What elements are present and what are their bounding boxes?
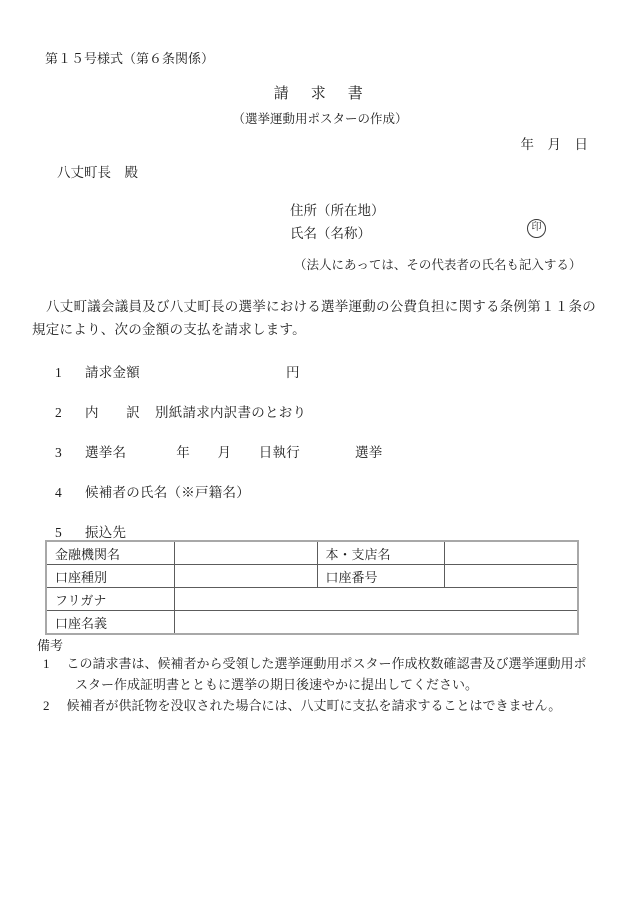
item-label: 候補者の氏名（※戸籍名）: [85, 485, 250, 500]
branch-name-label: 本・支店名: [317, 541, 444, 565]
account-type-value: [174, 565, 317, 588]
item-row-bank-transfer: 5振込先: [55, 521, 126, 541]
item-row-candidate-name: 4候補者の氏名（※戸籍名）: [55, 481, 250, 501]
account-number-value: [444, 565, 578, 588]
account-holder-value: [174, 611, 578, 635]
item-label: 請求金額: [85, 365, 140, 380]
account-type-label: 口座種別: [46, 565, 174, 588]
form-number: 第１５号様式（第６条関係）: [45, 48, 214, 67]
item-number: 1: [55, 365, 85, 381]
statement-paragraph: 八丈町議会議員及び八丈町長の選挙における選挙運動の公費負担に関する条例第１１条の…: [32, 296, 602, 341]
branch-name-value: [444, 541, 578, 565]
table-row: フリガナ: [46, 588, 578, 611]
corporate-note: （法人にあっては、その代表者の氏名も記入する）: [294, 255, 581, 273]
note-row: 1この請求書は、候補者から受領した選挙運動用ポスター作成枚数確認書及び選挙運動用…: [30, 653, 596, 695]
item-row-breakdown: 2内 訳別紙請求内訳書のとおり: [55, 401, 306, 421]
bank-account-table: 金融機関名 本・支店名 口座種別 口座番号 フリガナ 口座名義: [45, 540, 579, 635]
item-value: 円: [286, 365, 300, 380]
note-row: 2候補者が供託物を没収された場合には、八丈町に支払を請求することはできません。: [30, 695, 596, 716]
furigana-value: [174, 588, 578, 611]
furigana-label: フリガナ: [46, 588, 174, 611]
bank-name-value: [174, 541, 317, 565]
item-number: 4: [55, 485, 85, 501]
item-label: 選挙名: [85, 445, 126, 460]
item-value: 年 月 日執行 選挙: [176, 445, 382, 460]
date-line: 年 月 日: [521, 133, 589, 153]
remarks-notes: 1この請求書は、候補者から受領した選挙運動用ポスター作成枚数確認書及び選挙運動用…: [30, 653, 596, 716]
addressee: 八丈町長 殿: [57, 161, 138, 181]
seal-stamp-icon: 印: [527, 219, 546, 238]
document-subtitle: （選挙運動用ポスターの作成）: [10, 109, 630, 127]
address-label: 住所（所在地）: [290, 199, 385, 219]
note-text: この請求書は、候補者から受領した選挙運動用ポスター作成枚数確認書及び選挙運動用ポ…: [67, 656, 587, 692]
item-label: 振込先: [85, 525, 126, 540]
item-value: 別紙請求内訳書のとおり: [155, 405, 306, 420]
table-row: 金融機関名 本・支店名: [46, 541, 578, 565]
table-row: 口座種別 口座番号: [46, 565, 578, 588]
note-number: 2: [43, 698, 50, 713]
remarks-heading: 備考: [37, 635, 63, 654]
account-number-label: 口座番号: [317, 565, 444, 588]
note-number: 1: [43, 656, 50, 671]
item-number: 2: [55, 405, 85, 421]
document-title: 請 求 書: [10, 82, 630, 103]
name-label: 氏名（名称）: [290, 222, 371, 242]
item-row-amount: 1請求金額円: [55, 361, 300, 381]
item-number: 5: [55, 525, 85, 541]
bank-name-label: 金融機関名: [46, 541, 174, 565]
item-row-election-name: 3選挙名年 月 日執行 選挙: [55, 441, 383, 461]
table-row: 口座名義: [46, 611, 578, 635]
item-label: 内 訳: [85, 405, 140, 420]
invoice-form-page: 第１５号様式（第６条関係） 請 求 書 （選挙運動用ポスターの作成） 年 月 日…: [0, 0, 630, 903]
note-text: 候補者が供託物を没収された場合には、八丈町に支払を請求することはできません。: [67, 698, 562, 713]
account-holder-label: 口座名義: [46, 611, 174, 635]
item-number: 3: [55, 445, 85, 461]
